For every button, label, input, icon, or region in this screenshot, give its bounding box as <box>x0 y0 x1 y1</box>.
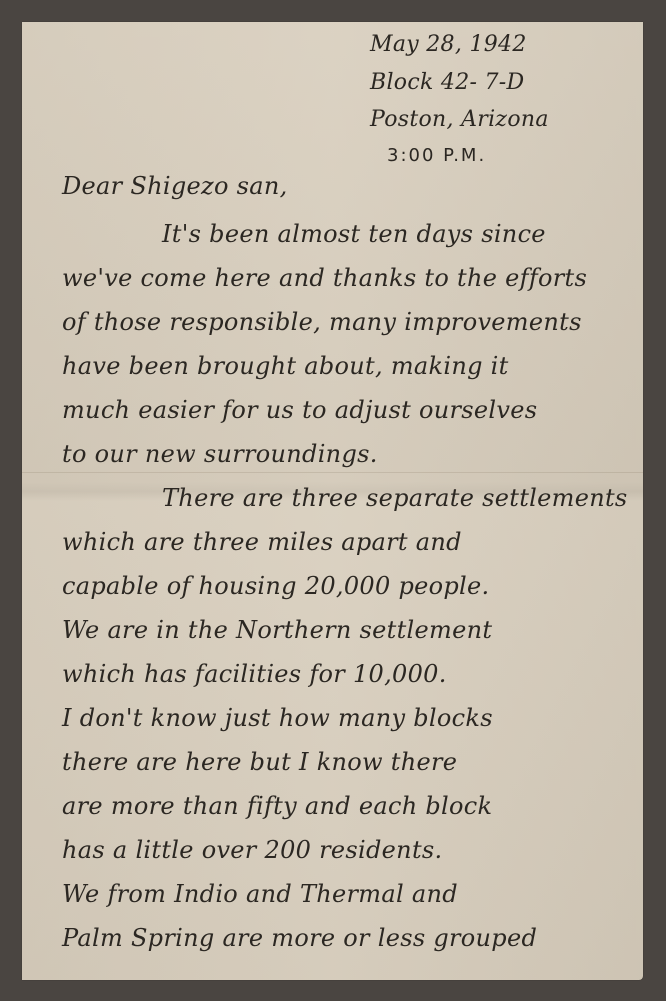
letter-page: May 28, 1942 Block 42- 7-D Poston, Arizo… <box>22 22 643 980</box>
letter-date: May 28, 1942 <box>370 32 527 57</box>
letter-location: Poston, Arizona <box>370 107 549 132</box>
letter-line: of those responsible, many improvements <box>62 308 582 336</box>
letter-salutation: Dear Shigezo san, <box>62 172 288 200</box>
letter-line: have been brought about, making it <box>62 352 509 380</box>
letter-line: We from Indio and Thermal and <box>62 880 458 908</box>
letter-line: to our new surroundings. <box>62 440 378 468</box>
letter-line: has a little over 200 residents. <box>62 836 442 864</box>
letter-line: much easier for us to adjust ourselves <box>62 396 537 424</box>
letter-time: 3:00 P.M. <box>387 145 486 166</box>
letter-line: are more than fifty and each block <box>62 792 492 820</box>
letter-line: It's been almost ten days since <box>162 220 546 248</box>
letter-line: Palm Spring are more or less grouped <box>62 924 537 952</box>
letter-line: which has facilities for 10,000. <box>62 660 447 688</box>
letter-line: There are three separate settlements <box>162 484 628 512</box>
paper-fold-line <box>22 472 643 473</box>
letter-block: Block 42- 7-D <box>370 70 524 95</box>
letter-line: there are here but I know there <box>62 748 457 776</box>
letter-line: we've come here and thanks to the effort… <box>62 264 587 292</box>
letter-line: capable of housing 20,000 people. <box>62 572 489 600</box>
letter-line: I don't know just how many blocks <box>62 704 493 732</box>
letter-line: which are three miles apart and <box>62 528 462 556</box>
letter-line: We are in the Northern settlement <box>62 616 492 644</box>
